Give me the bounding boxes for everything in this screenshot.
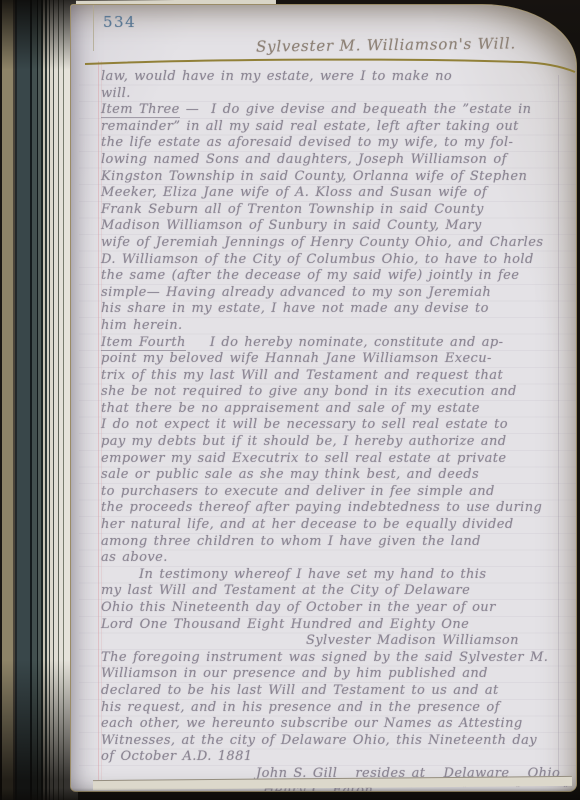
bottom-shadow — [0, 788, 580, 800]
manuscript-line: Item Three — I do give devise and bequea… — [101, 102, 571, 119]
manuscript-line: Meeker, Eliza Jane wife of A. Kloss and … — [101, 185, 571, 202]
manuscript-line: empower my said Executrix to sell real e… — [101, 451, 571, 468]
manuscript-line: sale or public sale as she may think bes… — [101, 467, 571, 484]
manuscript-line: that there be no appraisement and sale o… — [101, 401, 571, 418]
manuscript-line: The foregoing instrument was signed by t… — [101, 650, 571, 667]
ledger-page: 534 Sylvester M. Williamson's Will. law,… — [70, 4, 577, 792]
manuscript-line: wife of Jeremiah Jennings of Henry Count… — [101, 235, 571, 252]
manuscript-line: In testimony whereof I have set my hand … — [101, 567, 571, 584]
manuscript-line: she be not required to give any bond in … — [101, 384, 571, 401]
manuscript-line: Kingston Township in said County, Orlann… — [101, 169, 571, 186]
manuscript-line: of October A.D. 1881 — [101, 749, 571, 766]
item-heading: Item Three — [101, 102, 180, 118]
manuscript-line: Ohio this Nineteenth day of October in t… — [101, 600, 571, 617]
manuscript-line: Item Fourth I do hereby nominate, consti… — [101, 335, 571, 352]
manuscript-line: to purchasers to execute and deliver in … — [101, 484, 571, 501]
behind-page-edge-line — [93, 5, 94, 51]
manuscript-line: law, would have in my estate, were I to … — [101, 69, 571, 86]
manuscript-line: pay my debts but if it should be, I here… — [101, 434, 571, 451]
manuscript-line: as above. — [101, 550, 571, 567]
manuscript-line: among three children to whom I have give… — [101, 534, 571, 551]
manuscript-line: Frank Seburn all of Trenton Township in … — [101, 202, 571, 219]
manuscript-line: point my beloved wife Hannah Jane Willia… — [101, 351, 571, 368]
item-heading: Item Fourth — [101, 335, 186, 351]
left-margin-line — [98, 61, 99, 781]
manuscript-line: simple— Having already advanced to my so… — [101, 285, 571, 302]
manuscript-line: Witnesses, at the city of Delaware Ohio,… — [101, 733, 571, 750]
manuscript-line: remainder” in all my said real estate, l… — [101, 119, 571, 136]
binding-shadow — [0, 0, 78, 800]
book-photo: 5 534 Sylvester M. Williamson's Will. la… — [0, 0, 580, 800]
manuscript-line: Lord One Thousand Eight Hundred and Eigh… — [101, 617, 571, 634]
manuscript-line: will. — [101, 86, 571, 103]
manuscript-line: his request, and in his presence and in … — [101, 700, 571, 717]
manuscript-line: Williamson in our presence and by him pu… — [101, 666, 571, 683]
manuscript-line: trix of this my last Will and Testament … — [101, 368, 571, 385]
manuscript-line: my last Will and Testament at the City o… — [101, 583, 571, 600]
manuscript-line: each other, we hereunto subscribe our Na… — [101, 716, 571, 733]
manuscript-line: D. Williamson of the City of Columbus Oh… — [101, 252, 571, 269]
manuscript-line: the life estate as aforesaid devised to … — [101, 135, 571, 152]
manuscript-line: I do not expect it will be necessary to … — [101, 417, 571, 434]
page-number: 534 — [103, 13, 136, 31]
manuscript-body: law, would have in my estate, were I to … — [101, 69, 571, 792]
manuscript-line: Madison Williamson of Sunbury in said Co… — [101, 218, 571, 235]
manuscript-line: him herein. — [101, 318, 571, 335]
manuscript-line: her natural life, and at her decease to … — [101, 517, 571, 534]
manuscript-line: his share in my estate, I have not made … — [101, 301, 571, 318]
manuscript-line: the proceeds thereof after paying indebt… — [101, 500, 571, 517]
manuscript-line: the same (after the decease of my said w… — [101, 268, 571, 285]
testator-signature: Sylvester Madison Williamson — [101, 633, 571, 650]
manuscript-line: declared to be his last Will and Testame… — [101, 683, 571, 700]
manuscript-line: lowing named Sons and daughters, Joseph … — [101, 152, 571, 169]
